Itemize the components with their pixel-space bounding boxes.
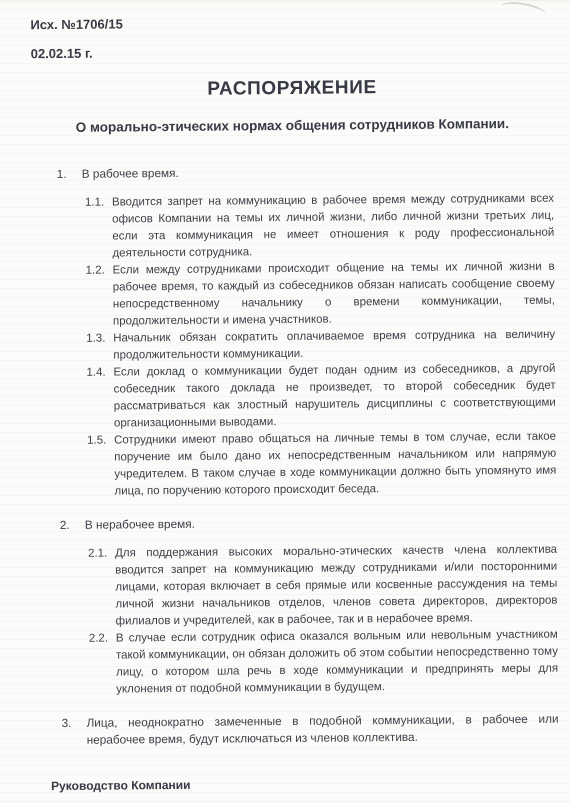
item-text: Для поддержания высоких морально-этическ… xyxy=(115,542,558,631)
item-number: 1.5. xyxy=(87,432,115,500)
outgoing-number: Исх. №1706/15 xyxy=(30,13,552,34)
list-item: 2.1. Для поддержания высоких морально-эт… xyxy=(35,542,558,632)
section-number: 2. xyxy=(60,517,85,534)
section-working-hours: 1. В рабочее время. 1.1. Вводится запрет… xyxy=(32,162,557,502)
item-text: Если доклад о коммуникации будет подан о… xyxy=(113,361,556,433)
item-text: Вводится запрет на коммуникацию в рабоче… xyxy=(112,191,555,263)
section-heading: 1. В рабочее время. xyxy=(32,162,554,184)
document-page: Исх. №1706/15 02.02.15 г. РАСПОРЯЖЕНИЕ О… xyxy=(0,0,570,794)
section-heading-text: В рабочее время. xyxy=(82,162,554,183)
section-heading: 3. Лица, неоднократно замеченные в подоб… xyxy=(36,711,558,750)
section-heading-text: В нерабочее время. xyxy=(85,513,557,534)
section-number: 1. xyxy=(57,166,82,183)
item-text: В случае если сотрудник офиса оказался в… xyxy=(116,627,559,699)
item-text: Начальник обязан сократить оплачиваемое … xyxy=(113,327,555,365)
section-heading: 2. В нерабочее время. xyxy=(35,513,557,535)
list-item: 1.1. Вводится запрет на коммуникацию в р… xyxy=(32,191,555,264)
list-item: 1.3. Начальник обязан сократить оплачива… xyxy=(33,327,555,366)
list-item: 2.2. В случае если сотрудник офиса оказа… xyxy=(36,627,559,700)
section-heading-text: Лица, неоднократно замеченные в подобной… xyxy=(86,711,558,749)
document-title: РАСПОРЯЖЕНИЕ xyxy=(31,76,553,103)
list-item: 1.4. Если доклад о коммуникации будет по… xyxy=(33,361,556,434)
list-item: 1.5. Сотрудники имеют право общаться на … xyxy=(34,429,557,502)
item-number: 1.4. xyxy=(86,364,114,432)
signature-line: Руководство Компании xyxy=(51,775,559,794)
item-number: 1.3. xyxy=(86,331,113,365)
document-date: 02.02.15 г. xyxy=(31,42,553,63)
section-off-hours: 2. В нерабочее время. 2.1. Для поддержан… xyxy=(35,513,559,700)
item-text: Сотрудники имеют право общаться на личны… xyxy=(114,429,557,501)
item-number: 2.2. xyxy=(89,630,117,698)
item-text: Если между сотрудниками происходит общен… xyxy=(113,259,556,331)
document-subtitle: О морально-этических нормах общения сотр… xyxy=(31,115,553,137)
item-number: 1.1. xyxy=(85,195,113,263)
item-number: 1.2. xyxy=(86,263,114,331)
item-number: 2.1. xyxy=(88,545,116,630)
section-number: 3. xyxy=(61,715,86,749)
list-item: 1.2. Если между сотрудниками происходит … xyxy=(33,259,556,332)
section-exclusion: 3. Лица, неоднократно замеченные в подоб… xyxy=(36,711,558,750)
